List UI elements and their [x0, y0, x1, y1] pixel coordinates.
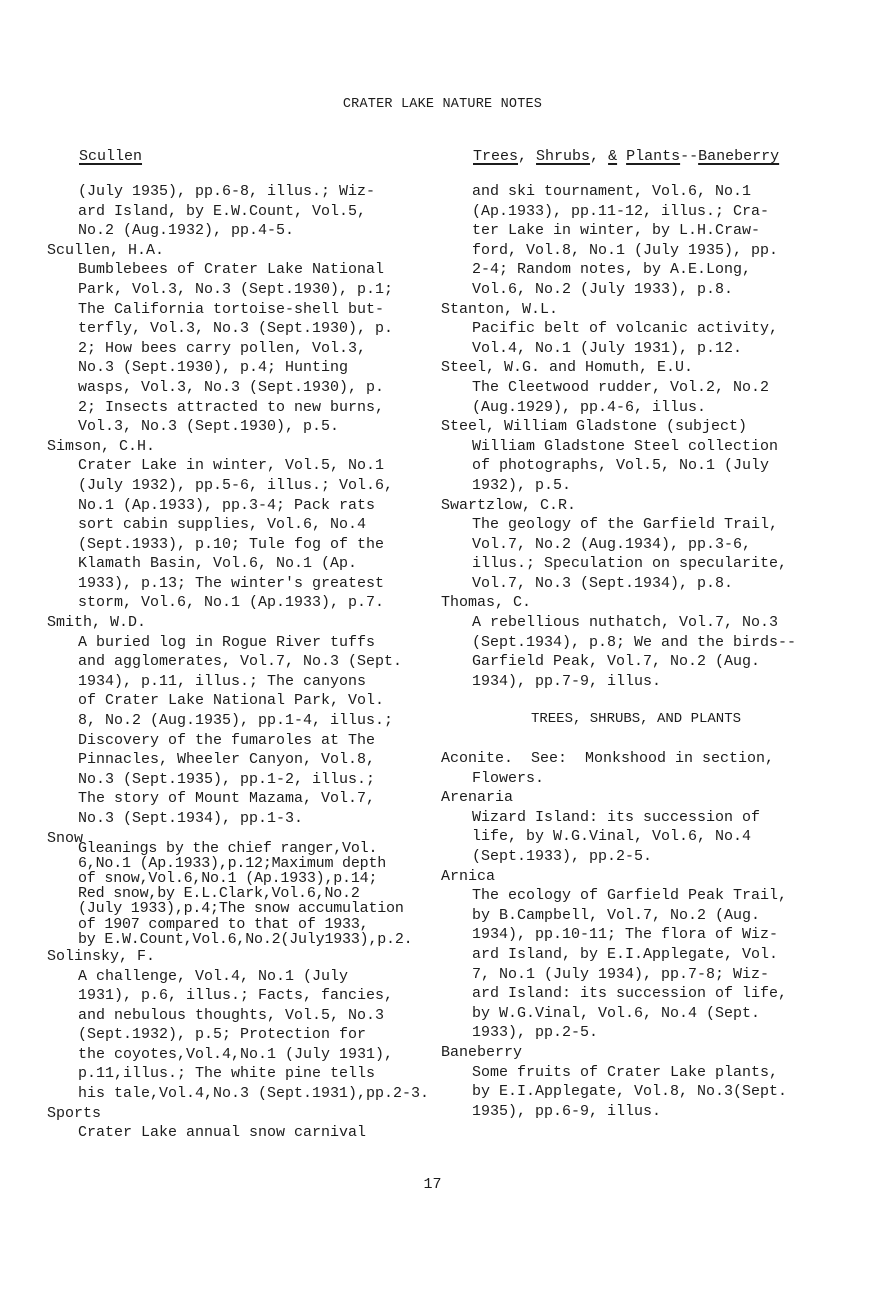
running-head-part: & [608, 148, 617, 165]
left-column: Scullen (July 1935), pp.6-8, illus.; Wiz… [47, 148, 447, 1143]
entry-text-line: William Gladstone Steel collection [441, 437, 851, 457]
entry-text-line: Vol.6, No.2 (July 1933), p.8. [441, 280, 851, 300]
entry-text-line: of photographs, Vol.5, No.1 (July [441, 456, 851, 476]
entry-text-line: The geology of the Garfield Trail, [441, 515, 851, 535]
entry-text-line: Pacific belt of volcanic activity, [441, 319, 851, 339]
entry-text-line: (Sept.1934), p.8; We and the birds-- [441, 633, 851, 653]
entry-text-line: of 1907 compared to that of 1933, [47, 917, 447, 932]
entry-text-line: 1933), pp.2-5. [441, 1023, 851, 1043]
entry-heading: Simson, C.H. [47, 437, 447, 457]
entry-text-line: The California tortoise-shell but- [47, 300, 447, 320]
entry-text-line: 1934), pp.10-11; The flora of Wiz- [441, 925, 851, 945]
entry-text-line: sort cabin supplies, Vol.6, No.4 [47, 515, 447, 535]
entry-text-line: Red snow,by E.L.Clark,Vol.6,No.2 [47, 886, 447, 901]
entry-text-line: 1934), pp.7-9, illus. [441, 672, 851, 692]
entry-text-line: The ecology of Garfield Peak Trail, [441, 886, 851, 906]
entry-heading: Stanton, W.L. [441, 300, 851, 320]
entry-text-line: 7, No.1 (July 1934), pp.7-8; Wiz- [441, 965, 851, 985]
entry-heading: Thomas, C. [441, 593, 851, 613]
entry-text-line: Vol.4, No.1 (July 1931), p.12. [441, 339, 851, 359]
entry-text-line: (July 1932), pp.5-6, illus.; Vol.6, [47, 476, 447, 496]
right-entries-after: Aconite. See: Monkshood in section,Flowe… [441, 749, 851, 1121]
entry-text-line: 1933), p.13; The winter's greatest [47, 574, 447, 594]
entry-text-line: of Crater Lake National Park, Vol. [47, 691, 447, 711]
entry-text-line: life, by W.G.Vinal, Vol.6, No.4 [441, 827, 851, 847]
entry-text-line: Garfield Peak, Vol.7, No.2 (Aug. [441, 652, 851, 672]
entry-text-line: Vol.3, No.3 (Sept.1930), p.5. [47, 417, 447, 437]
entry-text-line: Some fruits of Crater Lake plants, [441, 1063, 851, 1083]
page-number: 17 [0, 1176, 865, 1193]
entry-text-line: A rebellious nuthatch, Vol.7, No.3 [441, 613, 851, 633]
entry-text-line: by B.Campbell, Vol.7, No.2 (Aug. [441, 906, 851, 926]
entry-text-line: 1932), p.5. [441, 476, 851, 496]
entry-text-line: Wizard Island: its succession of [441, 808, 851, 828]
entry-text-line: 2; How bees carry pollen, Vol.3, [47, 339, 447, 359]
left-running-head: Scullen [79, 148, 447, 176]
entry-heading: Baneberry [441, 1043, 851, 1063]
entry-text-line: No.3 (Sept.1934), pp.1-3. [47, 809, 447, 829]
entry-text-line: Discovery of the fumaroles at The [47, 731, 447, 751]
entry-text-line: (July 1933),p.4;The snow accumulation [47, 901, 447, 916]
entry-text-line: (Aug.1929), pp.4-6, illus. [441, 398, 851, 418]
left-entries-after: Solinsky, F.A challenge, Vol.4, No.1 (Ju… [47, 947, 447, 1143]
entry-text-line: 2-4; Random notes, by A.E.Long, [441, 260, 851, 280]
snow-entry: SnowGleanings by the chief ranger,Vol.6,… [47, 829, 447, 947]
entry-text-line: (Ap.1933), pp.11-12, illus.; Cra- [441, 202, 851, 222]
entry-text-line: terfly, Vol.3, No.3 (Sept.1930), p. [47, 319, 447, 339]
entry-text-line: Bumblebees of Crater Lake National [47, 260, 447, 280]
entry-text-line: p.11,illus.; The white pine tells [47, 1064, 447, 1084]
left-entries: (July 1935), pp.6-8, illus.; Wiz-ard Isl… [47, 182, 447, 829]
entry-text-line: Gleanings by the chief ranger,Vol. [47, 841, 447, 856]
entry-text-line: No.3 (Sept.1935), pp.1-2, illus.; [47, 770, 447, 790]
entry-heading: Solinsky, F. [47, 947, 447, 967]
entry-text-line: his tale,Vol.4,No.3 (Sept.1931),pp.2-3. [47, 1084, 447, 1104]
entry-text-line: and nebulous thoughts, Vol.5, No.3 [47, 1006, 447, 1026]
entry-text-line: 6,No.1 (Ap.1933),p.12;Maximum depth [47, 856, 447, 871]
entry-text-line: 1934), p.11, illus.; The canyons [47, 672, 447, 692]
entry-text-line: of snow,Vol.6,No.1 (Ap.1933),p.14; [47, 871, 447, 886]
entry-text-line: Flowers. [441, 769, 851, 789]
entry-text-line: ter Lake in winter, by L.H.Craw- [441, 221, 851, 241]
page-header: CRATER LAKE NATURE NOTES [0, 97, 885, 112]
running-head-part: Plants [626, 148, 680, 165]
running-head-part: Trees [473, 148, 518, 165]
entry-text-line: storm, Vol.6, No.1 (Ap.1933), p.7. [47, 593, 447, 613]
running-head-part: , [590, 148, 608, 165]
entry-text-line: No.3 (Sept.1930), p.4; Hunting [47, 358, 447, 378]
entry-heading: Scullen, H.A. [47, 241, 447, 261]
entry-text-line: 8, No.2 (Aug.1935), pp.1-4, illus.; [47, 711, 447, 731]
right-running-head: Trees, Shrubs, & Plants--Baneberry [473, 148, 851, 176]
entry-text-line: and agglomerates, Vol.7, No.3 (Sept. [47, 652, 447, 672]
entry-text-line: No.2 (Aug.1932), pp.4-5. [47, 221, 447, 241]
running-head-part: Baneberry [698, 148, 779, 165]
entry-heading: Sports [47, 1104, 447, 1124]
entry-text-line: ford, Vol.8, No.1 (July 1935), pp. [441, 241, 851, 261]
entry-text-line: Vol.7, No.2 (Aug.1934), pp.3-6, [441, 535, 851, 555]
right-entries: and ski tournament, Vol.6, No.1(Ap.1933)… [441, 182, 851, 691]
entry-text-line: (Sept.1932), p.5; Protection for [47, 1025, 447, 1045]
entry-text-line: ard Island, by E.I.Applegate, Vol. [441, 945, 851, 965]
running-head-part [617, 148, 626, 165]
entry-heading: Smith, W.D. [47, 613, 447, 633]
entry-text-line: and ski tournament, Vol.6, No.1 [441, 182, 851, 202]
entry-text-line: Pinnacles, Wheeler Canyon, Vol.8, [47, 750, 447, 770]
entry-text-line: (July 1935), pp.6-8, illus.; Wiz- [47, 182, 447, 202]
entry-text-line: The Cleetwood rudder, Vol.2, No.2 [441, 378, 851, 398]
entry-text-line: Vol.7, No.3 (Sept.1934), p.8. [441, 574, 851, 594]
entry-heading: Snow [47, 829, 447, 841]
entry-text-line: A buried log in Rogue River tuffs [47, 633, 447, 653]
entry-text-line: by E.W.Count,Vol.6,No.2(July1933),p.2. [47, 932, 447, 947]
entry-heading: Swartzlow, C.R. [441, 496, 851, 516]
entry-text-line: illus.; Speculation on specularite, [441, 554, 851, 574]
entry-text-line: the coyotes,Vol.4,No.1 (July 1931), [47, 1045, 447, 1065]
entry-text-line: Park, Vol.3, No.3 (Sept.1930), p.1; [47, 280, 447, 300]
entry-heading: Steel, W.G. and Homuth, E.U. [441, 358, 851, 378]
entry-text-line: ard Island: its succession of life, [441, 984, 851, 1004]
running-head-part: , [518, 148, 536, 165]
entry-text-line: 1935), pp.6-9, illus. [441, 1102, 851, 1122]
entry-heading: Arnica [441, 867, 851, 887]
running-head-part: -- [680, 148, 698, 165]
entry-text-line: ard Island, by E.W.Count, Vol.5, [47, 202, 447, 222]
entry-text-line: Crater Lake in winter, Vol.5, No.1 [47, 456, 447, 476]
section-title: TREES, SHRUBS, AND PLANTS [421, 710, 851, 730]
entry-text-line: 1931), p.6, illus.; Facts, fancies, [47, 986, 447, 1006]
entry-text-line: A challenge, Vol.4, No.1 (July [47, 967, 447, 987]
entry-text-line: No.1 (Ap.1933), pp.3-4; Pack rats [47, 496, 447, 516]
running-head-part: Shrubs [536, 148, 590, 165]
right-column: Trees, Shrubs, & Plants--Baneberry and s… [441, 148, 851, 1121]
entry-text-line: (Sept.1933), p.10; Tule fog of the [47, 535, 447, 555]
entry-text-line: wasps, Vol.3, No.3 (Sept.1930), p. [47, 378, 447, 398]
entry-text-line: Klamath Basin, Vol.6, No.1 (Ap. [47, 554, 447, 574]
entry-text-line: by W.G.Vinal, Vol.6, No.4 (Sept. [441, 1004, 851, 1024]
entry-heading: Steel, William Gladstone (subject) [441, 417, 851, 437]
entry-text-line: Crater Lake annual snow carnival [47, 1123, 447, 1143]
entry-heading: Aconite. See: Monkshood in section, [441, 749, 851, 769]
entry-text-line: (Sept.1933), pp.2-5. [441, 847, 851, 867]
entry-text-line: by E.I.Applegate, Vol.8, No.3(Sept. [441, 1082, 851, 1102]
entry-text-line: 2; Insects attracted to new burns, [47, 398, 447, 418]
entry-text-line: The story of Mount Mazama, Vol.7, [47, 789, 447, 809]
entry-heading: Arenaria [441, 788, 851, 808]
